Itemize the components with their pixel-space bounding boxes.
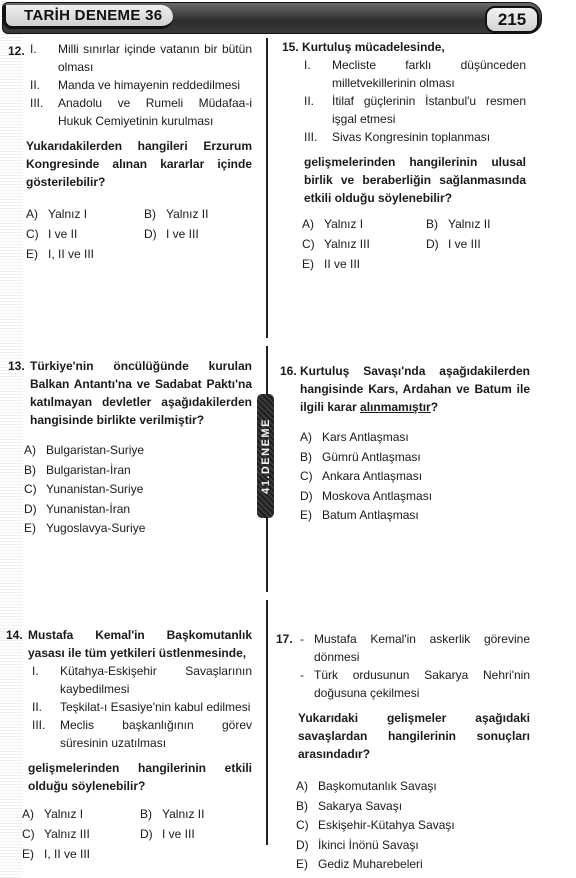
answer-options: A)Bulgaristan-Suriye B)Bulgaristan-İran … — [24, 441, 252, 539]
statement-item: -Mustafa Kemal'in askerlik görevine dönm… — [300, 630, 530, 666]
option-e[interactable]: E)I, II ve III — [22, 845, 140, 863]
option-b[interactable]: B)Yalnız II — [140, 805, 258, 823]
option-c[interactable]: C)Ankara Antlaşması — [300, 467, 530, 487]
option-b[interactable]: B)Sakarya Savaşı — [296, 797, 530, 817]
question-prompt: gelişmelerinden hangilerinin ulusal birl… — [304, 153, 526, 207]
test-number-tab: 41.DENEME — [257, 394, 274, 518]
page-number: 215 — [485, 6, 539, 33]
option-d[interactable]: D)I ve III — [426, 235, 544, 253]
test-number-label: 41.DENEME — [260, 418, 272, 494]
option-a[interactable]: A)Yalnız I — [26, 205, 144, 223]
column-divider — [266, 600, 268, 845]
answer-options: A)Yalnız I B)Yalnız II C)I ve II D)I ve … — [26, 205, 252, 263]
question-15: 15. Kurtuluş mücadelesinde, I.Mecliste f… — [282, 38, 526, 273]
column-divider — [266, 38, 268, 338]
statement-item: -Türk ordusunun Sakarya Nehri'nin doğusu… — [300, 666, 530, 702]
question-14: 14. Mustafa Kemal'in Başkomutanlık yasas… — [6, 626, 252, 863]
option-a[interactable]: A)Kars Antlaşması — [300, 428, 530, 448]
option-a[interactable]: A)Yalnız I — [302, 215, 426, 233]
statement-item: II.İtilaf güçlerinin İstanbul'u resmen i… — [304, 92, 526, 128]
option-b[interactable]: B)Yalnız II — [426, 215, 544, 233]
option-e[interactable]: E)Batum Antlaşması — [300, 506, 530, 526]
option-b[interactable]: B)Bulgaristan-İran — [24, 461, 252, 481]
statement-item: II.Teşkilat-ı Esasiye'nin kabul edilmesi — [32, 698, 252, 716]
option-c[interactable]: C)I ve II — [26, 225, 144, 243]
question-number: 14. — [6, 626, 23, 644]
page-title: TARİH DENEME 36 — [24, 7, 162, 24]
statement-item: III.Meclis başkanlığının görev süresinin… — [32, 716, 252, 752]
option-c[interactable]: C)Yalnız III — [22, 825, 140, 843]
option-d[interactable]: D)I ve III — [144, 225, 262, 243]
question-number: 12. — [8, 42, 25, 60]
question-13: 13. Türkiye'nin öncülüğünde kurulan Balk… — [8, 357, 252, 539]
option-b[interactable]: B)Yalnız II — [144, 205, 262, 223]
question-16: 16. Kurtuluş Savaşı'nda aşağıdakilerden … — [280, 362, 530, 526]
question-stem: 15. Kurtuluş mücadelesinde, — [282, 38, 526, 56]
question-number: 17. — [276, 630, 293, 648]
option-d[interactable]: D)İkinci İnönü Savaşı — [296, 836, 530, 856]
option-e[interactable]: E)Yugoslavya-Suriye — [24, 519, 252, 539]
option-a[interactable]: A)Başkomutanlık Savaşı — [296, 777, 530, 797]
statement-item: I.Kütahya-Eskişehir Savaşlarının kaybedi… — [32, 662, 252, 698]
option-c[interactable]: C)Yunanistan-Suriye — [24, 480, 252, 500]
answer-options: A)Yalnız I B)Yalnız II C)Yalnız III D)I … — [22, 805, 252, 863]
page-header: TARİH DENEME 36 215 — [2, 2, 542, 34]
statement-item: I.Milli sınırlar içinde vatanın bir bütü… — [30, 40, 252, 76]
answer-options: A)Kars Antlaşması B)Gümrü Antlaşması C)A… — [300, 428, 530, 526]
statement-item: II.Manda ve himayenin reddedilmesi — [30, 76, 252, 94]
answer-options: A)Yalnız I B)Yalnız II C)Yalnız III D)I … — [302, 215, 526, 273]
question-12: 12. I.Milli sınırlar içinde vatanın bir … — [8, 40, 252, 263]
statement-item: III.Sivas Kongresinin toplanması — [304, 128, 526, 146]
option-c[interactable]: C)Yalnız III — [302, 235, 426, 253]
option-a[interactable]: A)Bulgaristan-Suriye — [24, 441, 252, 461]
option-d[interactable]: D)I ve III — [140, 825, 258, 843]
header-title-tab: TARİH DENEME 36 — [3, 5, 173, 29]
negation-emphasis: alınmamıştır — [360, 400, 431, 414]
question-prompt: Yukarıdakilerden hangileri Erzurum Kongr… — [26, 137, 252, 191]
statement-item: III.Anadolu ve Rumeli Müdafaa-i Hukuk Ce… — [30, 94, 252, 130]
option-d[interactable]: D)Yunanistan-İran — [24, 500, 252, 520]
option-c[interactable]: C)Eskişehir-Kütahya Savaşı — [296, 816, 530, 836]
option-e[interactable]: E)Gediz Muharebeleri — [296, 855, 530, 875]
answer-options: A)Başkomutanlık Savaşı B)Sakarya Savaşı … — [296, 777, 530, 875]
option-e[interactable]: E)I, II ve III — [26, 245, 144, 263]
option-a[interactable]: A)Yalnız I — [22, 805, 140, 823]
question-stem: Türkiye'nin öncülüğünde kurulan Balkan A… — [30, 357, 252, 429]
statement-item: I.Mecliste farklı düşünceden milletvekil… — [304, 56, 526, 92]
question-prompt: Yukarıdaki gelişmeler aşağıdaki savaşlar… — [298, 709, 530, 763]
question-17: 17. -Mustafa Kemal'in askerlik görevine … — [276, 630, 530, 875]
question-number: 16. — [280, 362, 297, 380]
option-b[interactable]: B)Gümrü Antlaşması — [300, 448, 530, 468]
question-number: 13. — [8, 357, 25, 375]
question-prompt: gelişmelerinden hangilerinin etkili oldu… — [28, 759, 252, 795]
option-d[interactable]: D)Moskova Antlaşması — [300, 487, 530, 507]
option-e[interactable]: E)II ve III — [302, 255, 426, 273]
question-stem: Mustafa Kemal'in Başkomutanlık yasası il… — [28, 626, 252, 662]
question-number: 15. — [282, 40, 299, 54]
question-stem: Kurtuluş Savaşı'nda aşağıdakilerden hang… — [300, 362, 530, 416]
